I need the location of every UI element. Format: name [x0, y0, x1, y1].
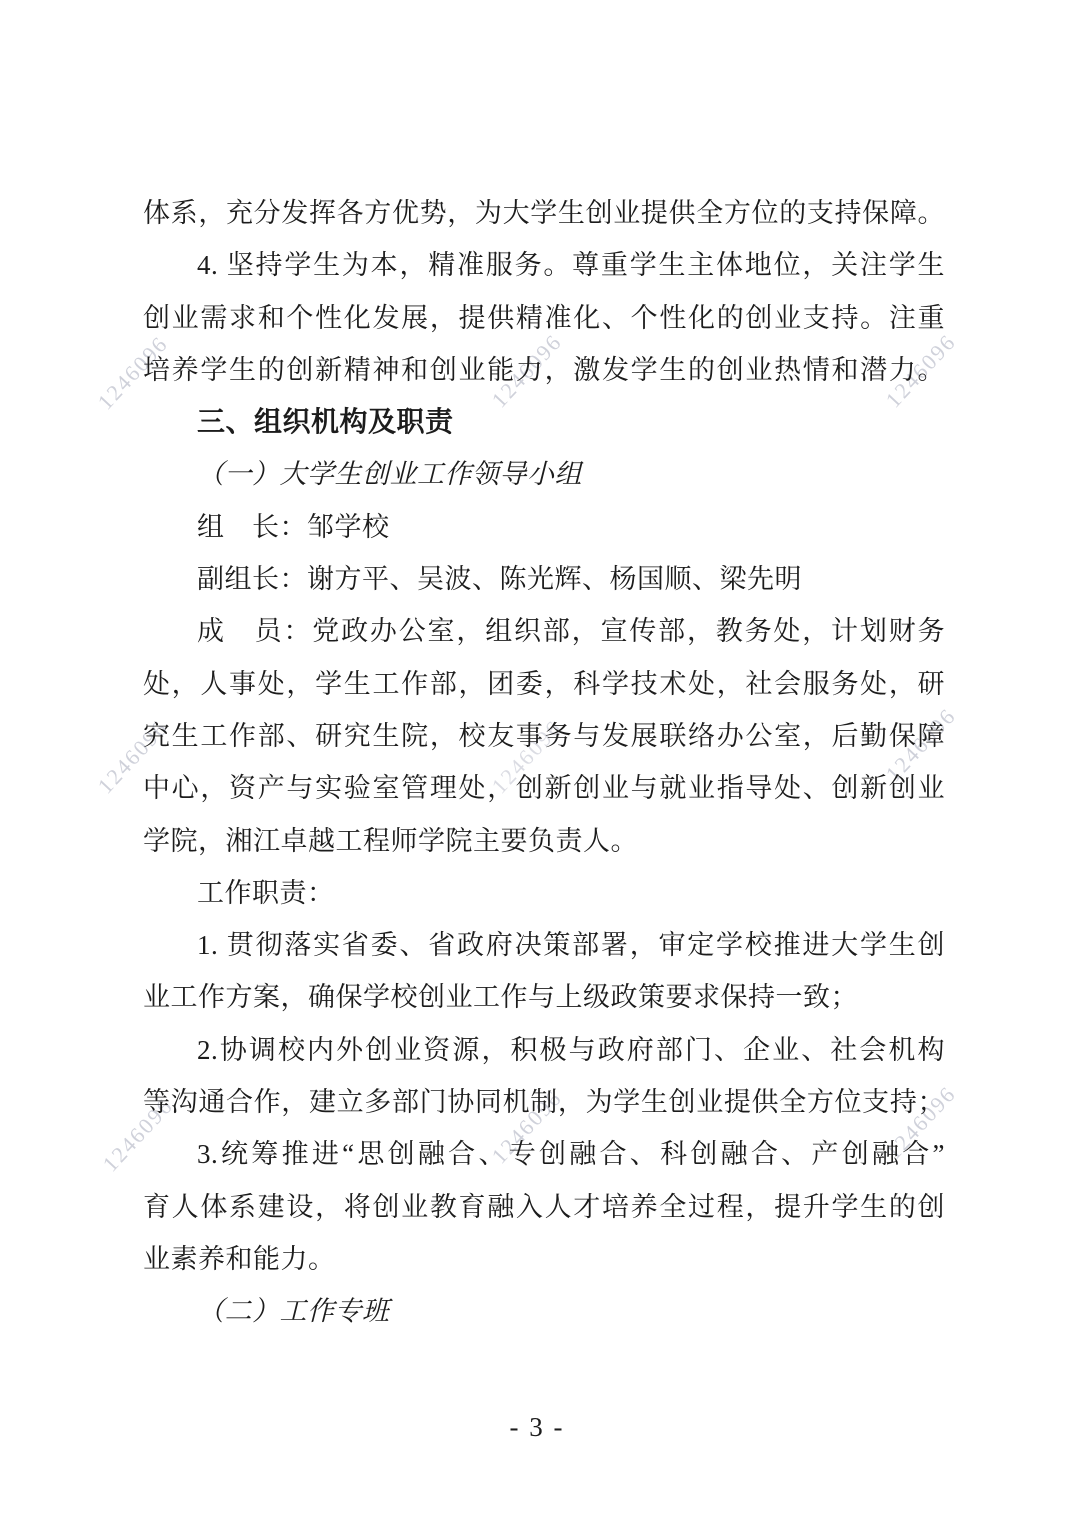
- para-duty-2-line-2: 等沟通合作，建立多部门协同机制，为学生创业提供全方位支持；: [143, 1076, 945, 1128]
- subheading-leading-group: （一）大学生创业工作领导小组: [143, 448, 945, 500]
- para-duty-1-line-2: 业工作方案，确保学校创业工作与上级政策要求保持一致；: [143, 971, 945, 1023]
- para-support-guarantee: 体系，充分发挥各方优势，为大学生创业提供全方位的支持保障。: [143, 187, 945, 239]
- para-duty-1-line-1: 1. 贯彻落实省委、省政府决策部署，审定学校推进大学生创: [143, 919, 945, 971]
- para-student-centered-line-2: 创业需求和个性化发展，提供精准化、个性化的创业支持。注重: [143, 292, 945, 344]
- heading-organization-duties: 三、组织机构及职责: [143, 396, 945, 448]
- para-duty-2-line-1: 2.协调校内外创业资源，积极与政府部门、企业、社会机构: [143, 1024, 945, 1076]
- document-page: 1246096 1246096 1246096 1246096 1246096 …: [0, 0, 1074, 1520]
- para-duty-3-line-2: 育人体系建设，将创业教育融入人才培养全过程，提升学生的创: [143, 1181, 945, 1233]
- para-members-line-4: 中心，资产与实验室管理处，创新创业与就业指导处、创新创业: [143, 762, 945, 814]
- para-student-centered-line-3: 培养学生的创新精神和创业能力，激发学生的创业热情和潜力。: [143, 344, 945, 396]
- para-members-line-1: 成 员：党政办公室，组织部，宣传部，教务处，计划财务: [143, 605, 945, 657]
- para-duty-3-line-3: 业素养和能力。: [143, 1233, 945, 1285]
- subheading-work-group: （二）工作专班: [143, 1285, 945, 1337]
- para-student-centered-line-1: 4. 坚持学生为本，精准服务。尊重学生主体地位，关注学生: [143, 239, 945, 291]
- para-members-line-3: 究生工作部、研究生院，校友事务与发展联络办公室，后勤保障: [143, 710, 945, 762]
- para-members-line-2: 处，人事处，学生工作部，团委，科学技术处，社会服务处，研: [143, 658, 945, 710]
- line-duties-title: 工作职责：: [143, 867, 945, 919]
- para-members-line-5: 学院，湘江卓越工程师学院主要负责人。: [143, 815, 945, 867]
- document-body: 体系，充分发挥各方优势，为大学生创业提供全方位的支持保障。4. 坚持学生为本，精…: [143, 187, 945, 1338]
- line-deputy-leaders: 副组长：谢方平、吴波、陈光辉、杨国顺、梁先明: [143, 553, 945, 605]
- line-group-leader: 组 长：邹学校: [143, 501, 945, 553]
- page-number: - 3 -: [0, 1412, 1074, 1443]
- para-duty-3-line-1: 3.统筹推进“思创融合、专创融合、科创融合、产创融合”: [143, 1128, 945, 1180]
